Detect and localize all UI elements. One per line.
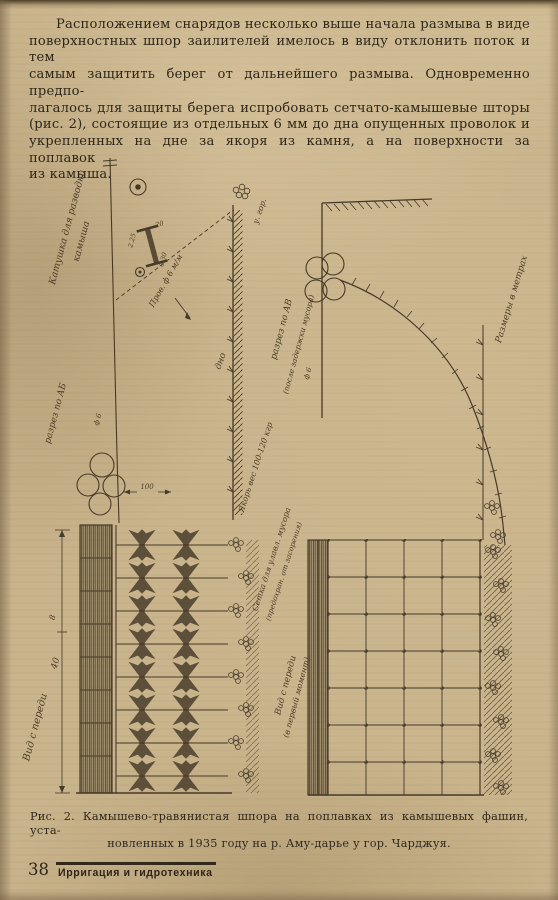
anchor-beam-symbol	[137, 226, 168, 266]
page-number: 38	[28, 860, 49, 879]
float-cluster-right	[305, 253, 345, 302]
scale-note-label: Размеры в метрах	[494, 255, 530, 346]
paragraph-line: из камыша.	[29, 167, 530, 184]
paragraph-line: лагалось для защиты берега испробовать с…	[29, 101, 530, 118]
reel-label: Катушка для разводки	[47, 169, 88, 287]
dim-100: 100	[140, 483, 154, 491]
bed-label: дно	[214, 351, 229, 371]
paragraph-line: укрепленных на дне за якоря из камня, а …	[29, 134, 530, 167]
paragraph-line: поверхностных шпор заилителей имелось в …	[29, 34, 530, 67]
net-note-label-2: (предохран. от засорения)	[263, 521, 304, 622]
body-paragraph: Расположением снарядов несколько выше на…	[29, 17, 530, 184]
front-view-right	[308, 539, 512, 795]
front-view-right-label-2: (в первый момент)	[281, 656, 311, 739]
diameter-right-label: ф 6	[303, 366, 314, 380]
diameter-left-label: ф 6	[93, 412, 104, 426]
dim-8: 8	[48, 614, 58, 621]
dim-0-30: 0.30	[157, 251, 168, 267]
figure-linework	[55, 158, 512, 795]
anchor-note-label: Якорь вес 100-120 кгр	[236, 421, 274, 514]
running-title: Ирригация и гидротехника	[58, 867, 213, 879]
paragraph-line: Расположением снарядов несколько выше на…	[29, 17, 530, 34]
wire-spec-label: Пров. ф 6 м/м	[147, 253, 185, 310]
dim-20: 20	[153, 219, 164, 229]
dim-40: 40	[49, 656, 62, 671]
net-note-label: Сетка для улавл. мусора	[251, 506, 293, 612]
reel-label-2: камыша	[71, 220, 92, 263]
figure-labels: Катушка для разводки камыша 2.25 20 0.30…	[21, 169, 530, 764]
caption-line: Рис. 2. Камышево-травянистая шпора на по…	[30, 810, 528, 837]
page-edge-left	[0, 0, 12, 900]
paragraph-line: (рис. 2), состоящие из отдельных 6 мм до…	[29, 117, 530, 134]
caption-line: новленных в 1935 году на р. Аму-дарье у …	[30, 837, 528, 851]
front-view-right-label: Вид с переди	[273, 654, 299, 717]
front-view-left	[55, 525, 259, 793]
middle-section	[227, 184, 250, 520]
right-section	[305, 199, 506, 545]
dim-2-25: 2.25	[126, 232, 138, 249]
figure-caption: Рис. 2. Камышево-травянистая шпора на по…	[30, 810, 528, 851]
section-right-label: разрез по АВ	[269, 298, 295, 361]
page-edge-bottom	[0, 890, 558, 900]
section-right-note: (после задержки мусора)	[281, 294, 316, 395]
page-edge-top	[0, 0, 558, 9]
tuft-at-waterline	[233, 184, 250, 199]
water-level-label: у. гор.	[251, 197, 269, 226]
page-edge-right	[548, 0, 558, 900]
paragraph-line: самым защитить берег от дальнейшего разм…	[29, 67, 530, 100]
front-view-left-label: Вид с переди	[21, 692, 50, 763]
float-cluster-left	[77, 453, 125, 515]
left-section	[77, 158, 233, 523]
scour-curve	[340, 280, 505, 545]
section-left-label: разрез по АБ	[43, 382, 69, 445]
footer-rule	[56, 862, 216, 865]
scanned-book-page: { "page": { "paragraph": { "lines": [ "Р…	[0, 0, 558, 900]
